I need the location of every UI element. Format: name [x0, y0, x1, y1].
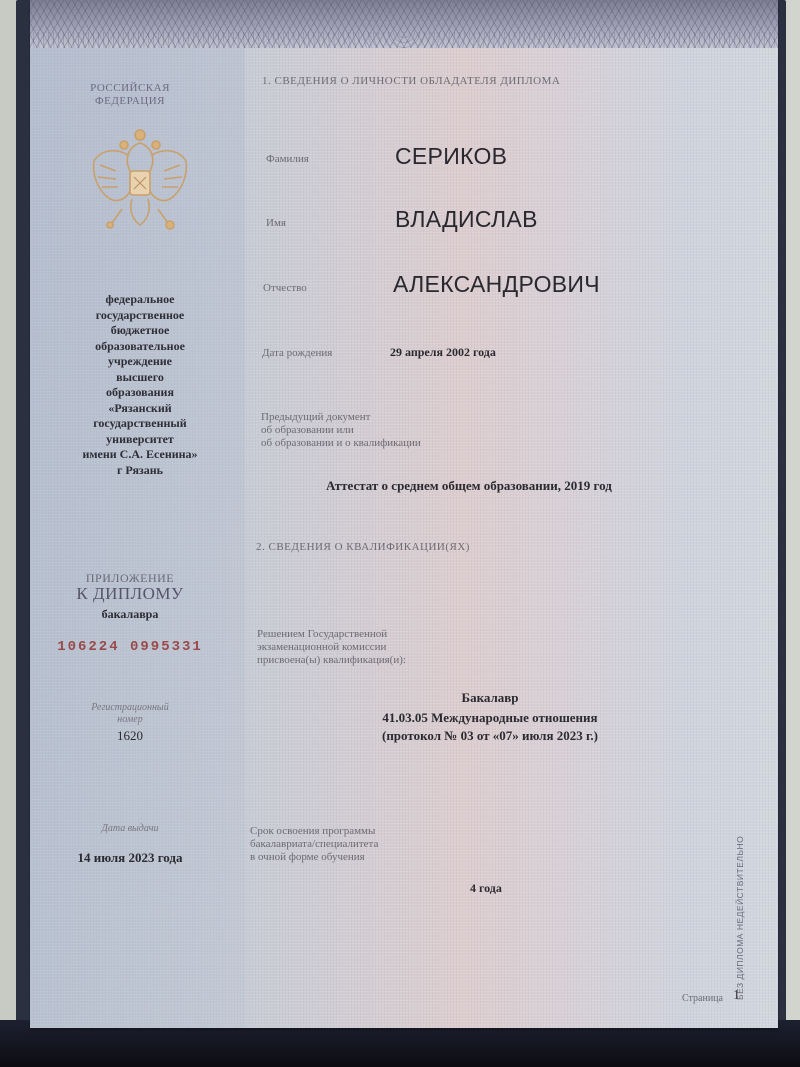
previous-document-label-line: Предыдущий документ — [261, 411, 421, 424]
institution-line: имени С.А. Есенина» — [65, 447, 215, 463]
institution-line: учреждение — [65, 354, 215, 370]
supplement-title-line-2: К ДИПЛОМУ — [60, 584, 200, 604]
previous-document-label: Предыдущий документ об образовании или о… — [261, 411, 421, 450]
study-term-label: Срок освоения программы бакалавриата/спе… — [250, 825, 378, 864]
qualification-value: Бакалавр — [340, 690, 640, 706]
study-term-value: 4 года — [470, 881, 502, 896]
section-2-title: 2. СВЕДЕНИЯ О КВАЛИФИКАЦИИ(ЯХ) — [256, 541, 470, 553]
qualification-label-line: присвоена(ы) квалификация(и): — [257, 654, 406, 667]
validity-note: БЕЗ ДИПЛОМА НЕДЕЙСТВИТЕЛЬНО — [735, 836, 745, 1000]
page-number: 1 — [733, 988, 740, 1004]
study-term-label-line: в очной форме обучения — [250, 851, 378, 864]
registration-label-line-2: номер — [60, 714, 200, 725]
institution-line: федеральное — [65, 292, 215, 308]
institution-line: г Рязань — [65, 463, 215, 479]
institution-line: государственное — [65, 308, 215, 324]
institution-name: федеральное государственное бюджетное об… — [65, 292, 215, 478]
guilloche-border — [30, 0, 778, 48]
institution-line: университет — [65, 432, 215, 448]
qualification-label-line: Решением Государственной — [257, 628, 406, 641]
dob-label: Дата рождения — [262, 347, 332, 359]
issue-date: 14 июля 2023 года — [40, 850, 220, 866]
qualification-label: Решением Государственной экзаменационной… — [257, 628, 406, 667]
institution-line: высшего — [65, 370, 215, 386]
name-value: ВЛАДИСЛАВ — [395, 206, 538, 233]
institution-line: государственный — [65, 416, 215, 432]
study-term-label-line: Срок освоения программы — [250, 825, 378, 838]
protocol-value: (протокол № 03 от «07» июля 2023 г.) — [340, 728, 640, 744]
surname-value: СЕРИКОВ — [395, 143, 507, 170]
coat-of-arms-icon — [88, 125, 192, 240]
previous-document-label-line: об образовании и о квалификации — [261, 437, 421, 450]
qualification-label-line: экзаменационной комиссии — [257, 641, 406, 654]
institution-line: «Рязанский — [65, 401, 215, 417]
patronymic-value: АЛЕКСАНДРОВИЧ — [393, 271, 600, 298]
page-label: Страница — [682, 993, 723, 1004]
program-value: 41.03.05 Международные отношения — [340, 710, 640, 726]
institution-line: образовательное — [65, 339, 215, 355]
degree-level: бакалавра — [60, 607, 200, 622]
registration-number: 1620 — [60, 728, 200, 744]
dob-value: 29 апреля 2002 года — [390, 345, 496, 360]
registration-label-line-1: Регистрационный — [60, 702, 200, 713]
country-name: РОССИЙСКАЯ ФЕДЕРАЦИЯ — [70, 82, 190, 108]
previous-document-label-line: об образовании или — [261, 424, 421, 437]
institution-line: бюджетное — [65, 323, 215, 339]
country-line-1: РОССИЙСКАЯ — [70, 82, 190, 95]
name-label: Имя — [266, 217, 286, 229]
patronymic-label: Отчество — [263, 282, 307, 294]
serial-number: 106224 0995331 — [50, 639, 210, 655]
previous-document-value: Аттестат о среднем общем образовании, 20… — [326, 478, 612, 494]
section-1-title: 1. СВЕДЕНИЯ О ЛИЧНОСТИ ОБЛАДАТЕЛЯ ДИПЛОМ… — [262, 75, 560, 87]
institution-line: образования — [65, 385, 215, 401]
country-line-2: ФЕДЕРАЦИЯ — [70, 95, 190, 108]
study-term-label-line: бакалавриата/специалитета — [250, 838, 378, 851]
issue-date-label: Дата выдачи — [60, 823, 200, 834]
surname-label: Фамилия — [266, 153, 309, 165]
